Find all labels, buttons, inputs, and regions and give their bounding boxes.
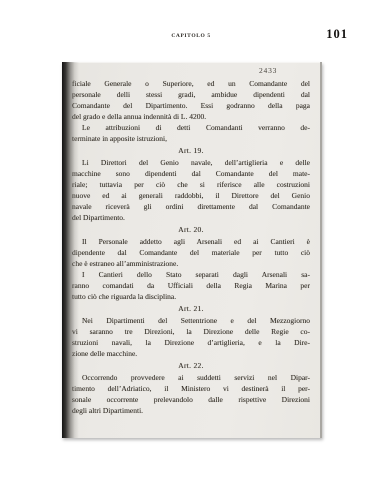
text-line: del grado e della annua indennità di L. … (72, 111, 310, 122)
text-line: degli altri Dipartimenti. (72, 405, 310, 416)
text-line: Le attribuzioni di detti Comandanti verr… (72, 122, 310, 133)
text-line: Il Personale addetto agli Arsenali ed ai… (72, 236, 310, 247)
text-line: dipendente dal Comandante del materiale … (72, 247, 310, 258)
text-line: terminate in apposite istruzioni, (72, 133, 310, 144)
text-line: navale riceverà gli ordini direttamente … (72, 201, 310, 212)
text-line: Nei Dipartimenti del Settentrione e del … (72, 315, 310, 326)
article-heading: Art. 19. (72, 144, 310, 157)
page-number: 101 (326, 27, 348, 42)
text-line: macchine sono dipendenti dal Comandante … (72, 168, 310, 179)
text-line: sonale occorrente prelevandolo dalle ris… (72, 394, 310, 405)
text-line: Comandante del Dipartimento. Essi godran… (72, 100, 310, 111)
text-line: Li Direttori del Genio navale, dell’arti… (72, 157, 310, 168)
text-line: personale delli stessi gradi, ambidue di… (72, 89, 310, 100)
article-heading: Art. 21. (72, 302, 310, 315)
text-line: Occorrendo provvedere ai suddetti serviz… (72, 372, 310, 383)
text-line: zione delle macchine. (72, 348, 310, 359)
running-header-chapter: CAPITOLO 5 (0, 33, 382, 39)
text-line: struzioni navali, la Direzione d’artigli… (72, 337, 310, 348)
text-line: riale; tuttavia per ciò che si riferisce… (72, 179, 310, 190)
text-line: che è estraneo all’amministrazione. (72, 258, 310, 269)
scanned-book-viewer: CAPITOLO 5 101 2433 ficiale Generale o S… (0, 0, 382, 480)
text-line: nuove ed ai generali raddobbi, il Dirett… (72, 190, 310, 201)
archive-corner-number: 2433 (259, 66, 277, 75)
text-line: timento dell’Adriatico, il Ministero vi … (72, 383, 310, 394)
article-heading: Art. 20. (72, 223, 310, 236)
text-line: del Dipartimento. (72, 212, 310, 223)
scanned-page: 2433 ficiale Generale o Superiore, ed un… (62, 62, 322, 438)
text-line: vi saranno tre Direzioni, la Direzione d… (72, 326, 310, 337)
text-line: I Cantieri dello Stato separati dagli Ar… (72, 269, 310, 280)
text-line: tutto ciò che riguarda la disciplina. (72, 291, 310, 302)
text-line: ranno comandati da Ufficiali della Regia… (72, 280, 310, 291)
body-text-column: ficiale Generale o Superiore, ed un Coma… (72, 78, 310, 416)
text-line: ficiale Generale o Superiore, ed un Coma… (72, 78, 310, 89)
article-heading: Art. 22. (72, 359, 310, 372)
